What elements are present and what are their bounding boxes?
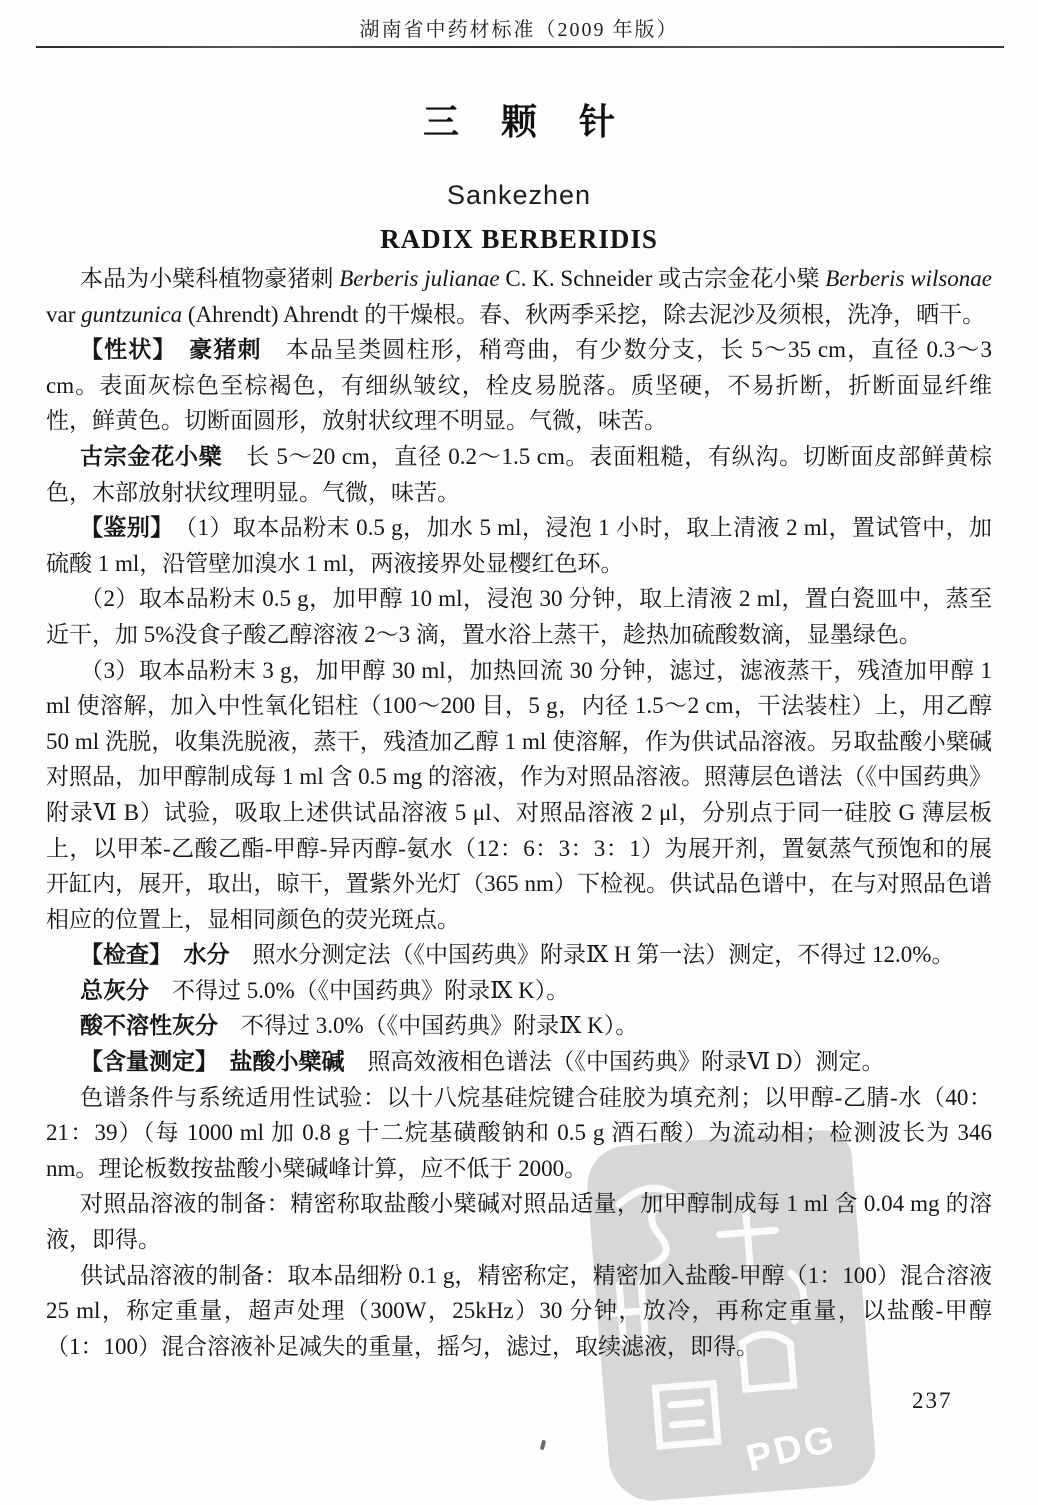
text-segment: 【鉴别】 [80,514,162,540]
running-head: 湖南省中药材标准（2009 年版） [0,13,1038,42]
text-segment: （1）取本品粉末 0.5 g，加水 5 ml，浸泡 1 小时，取上清液 2 ml… [46,515,992,576]
paragraph-4: 【鉴别】 （1）取本品粉末 0.5 g，加水 5 ml，浸泡 1 小时，取上清液… [46,510,992,581]
paragraph-13: 供试品溶液的制备：取本品细粉 0.1 g，精密称定，精密加入盐酸-甲醇（1：10… [46,1258,992,1365]
text-segment: 【检查】 水分 [80,941,230,967]
document-body: 本品为小檗科植物豪猪刺 Berberis julianae C. K. Schn… [46,261,992,1364]
text-segment: C. K. Schneider 或古宗金花小檗 [500,266,826,291]
text-segment: 总灰分 [80,977,149,1003]
document-page: 湖南省中药材标准（2009 年版） 三 颗 针 Sankezhen RADIX … [0,0,1038,1505]
text-segment: 【性状】 豪猪刺 [80,336,262,362]
text-segment: guntzunica [81,302,182,327]
text-segment: 不得过 5.0%（《中国药典》附录Ⅸ K）。 [149,978,569,1003]
paragraph-10: 【含量测定】 盐酸小檗碱 照高效液相色谱法（《中国药典》附录Ⅵ D）测定。 [46,1044,992,1080]
text-segment: 色谱条件与系统适用性试验：以十八烷基硅烷键合硅胶为填充剂；以甲醇-乙腈-水（40… [46,1085,992,1181]
paragraph-12: 对照品溶液的制备：精密称取盐酸小檗碱对照品适量，加甲醇制成每 1 ml 含 0.… [46,1186,992,1257]
text-segment: （3）取本品粉末 3 g，加甲醇 30 ml，加热回流 30 分钟，滤过，滤液蒸… [46,658,992,932]
scan-artifact [540,1440,546,1451]
text-segment: （2）取本品粉末 0.5 g，加甲醇 10 ml，浸泡 30 分钟，取上清液 2… [46,586,992,647]
header-divider [36,46,1004,48]
latin-title: RADIX BERBERIDIS [0,224,1038,255]
paragraph-5: （2）取本品粉末 0.5 g，加甲醇 10 ml，浸泡 30 分钟，取上清液 2… [46,581,992,652]
paragraph-2: 【性状】 豪猪刺 本品呈类圆柱形，稍弯曲，有少数分支，长 5～35 cm，直径 … [46,332,992,439]
paragraph-11: 色谱条件与系统适用性试验：以十八烷基硅烷键合硅胶为填充剂；以甲醇-乙腈-水（40… [46,1080,992,1187]
paragraph-1: 本品为小檗科植物豪猪刺 Berberis julianae C. K. Schn… [46,261,992,332]
text-segment: 对照品溶液的制备：精密称取盐酸小檗碱对照品适量，加甲醇制成每 1 ml 含 0.… [46,1191,992,1252]
paragraph-8: 总灰分 不得过 5.0%（《中国药典》附录Ⅸ K）。 [46,973,992,1009]
text-segment: 古宗金花小檗 [80,443,222,469]
text-segment: Berberis julianae [339,266,499,291]
paragraph-9: 酸不溶性灰分 不得过 3.0%（《中国药典》附录Ⅸ K）。 [46,1008,992,1044]
text-segment: 【含量测定】 盐酸小檗碱 [80,1048,345,1074]
paragraph-3: 古宗金花小檗 长 5～20 cm，直径 0.2～1.5 cm。表面粗糙，有纵沟。… [46,439,992,510]
text-segment: (Ahrendt) Ahrendt 的干燥根。春、秋两季采挖，除去泥沙及须根，洗… [182,302,985,327]
paragraph-6: （3）取本品粉末 3 g，加甲醇 30 ml，加热回流 30 分钟，滤过，滤液蒸… [46,653,992,938]
text-segment: 不得过 3.0%（《中国药典》附录Ⅸ K）。 [218,1013,638,1038]
pinyin-title: Sankezhen [0,180,1038,211]
text-segment: var [46,302,81,327]
page-title: 三 颗 针 [0,94,1038,145]
text-segment: 本品为小檗科植物豪猪刺 [80,266,339,291]
text-segment: 供试品溶液的制备：取本品细粉 0.1 g，精密称定，精密加入盐酸-甲醇（1：10… [46,1263,992,1359]
text-segment: Berberis wilsonae [825,266,992,291]
text-segment: 酸不溶性灰分 [80,1012,218,1038]
paragraph-7: 【检查】 水分 照水分测定法（《中国药典》附录Ⅸ H 第一法）测定，不得过 12… [46,937,992,973]
text-segment: 照高效液相色谱法（《中国药典》附录Ⅵ D）测定。 [345,1049,885,1074]
page-number: 237 [912,1388,953,1414]
text-segment: 照水分测定法（《中国药典》附录Ⅸ H 第一法）测定，不得过 12.0%。 [230,942,955,967]
